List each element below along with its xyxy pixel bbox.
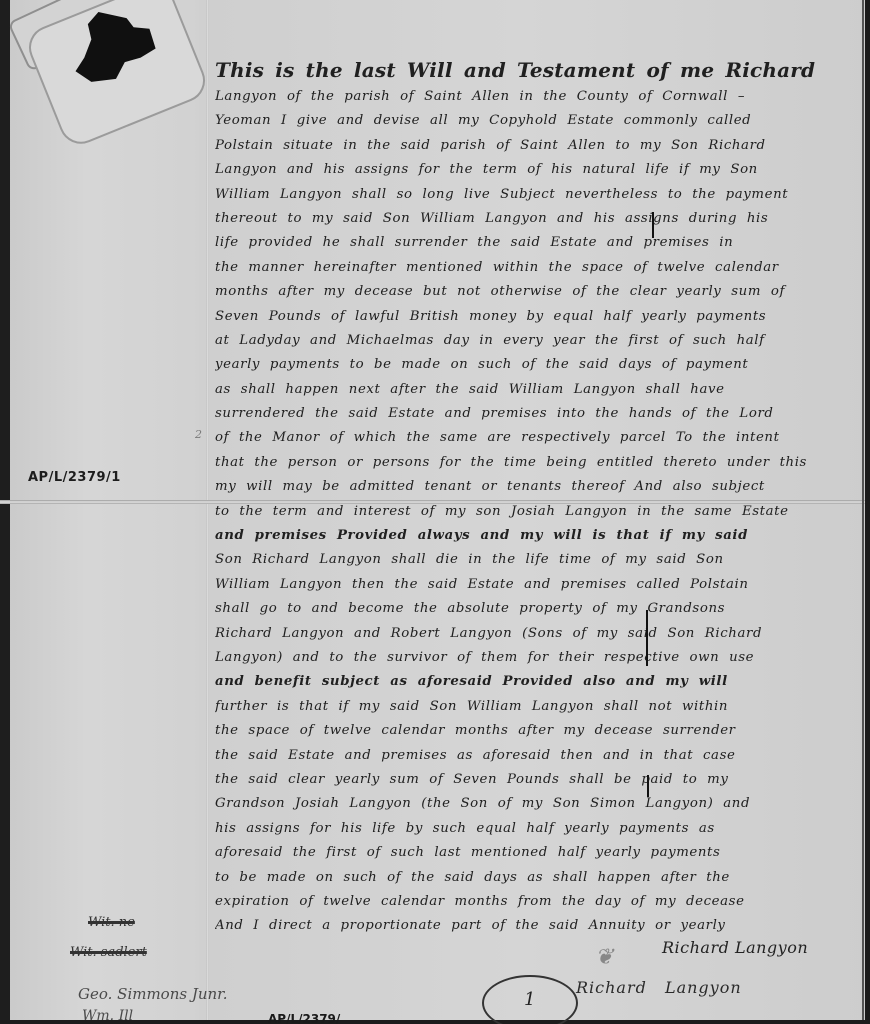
vertical-fold-line — [206, 0, 209, 1024]
witness-1: Geo. Simmons Junr. — [78, 985, 227, 1003]
testator-signature: Richard Langyon — [662, 938, 808, 957]
will-line: William Langyon shall so long live Subje… — [215, 183, 860, 207]
ink-stroke-mark — [646, 610, 648, 666]
will-line: surrendered the said Estate and premises… — [215, 402, 860, 426]
will-line: William Langyon then the said Estate and… — [215, 573, 860, 597]
will-line: months after my decease but not otherwis… — [215, 280, 860, 304]
struck-witness-1: Wit. ne — [88, 915, 135, 930]
will-line: to the term and interest of my son Josia… — [215, 500, 860, 524]
left-scan-border — [0, 0, 10, 1024]
will-line: Richard Langyon and Robert Langyon (Sons… — [215, 622, 860, 646]
will-line: at Ladyday and Michaelmas day in every y… — [215, 329, 860, 353]
will-line: his assigns for his life by such equal h… — [215, 817, 860, 841]
will-line: thereout to my said Son William Langyon … — [215, 207, 860, 231]
will-line: Yeoman I give and devise all my Copyhold… — [215, 109, 860, 133]
will-line: further is that if my said Son William L… — [215, 695, 860, 719]
will-line: Langyon of the parish of Saint Allen in … — [215, 85, 860, 109]
will-line: of the Manor of which the same are respe… — [215, 426, 860, 450]
ink-stroke-mark — [652, 212, 654, 238]
will-line: Langyon and his assigns for the term of … — [215, 158, 860, 182]
margin-number: 2 — [195, 428, 202, 441]
will-line: and premises Provided always and my will… — [215, 524, 860, 548]
will-line: and benefit subject as aforesaid Provide… — [215, 670, 860, 694]
archive-reference-left: AP/L/2379/1 — [28, 470, 121, 485]
right-scan-border — [865, 0, 870, 1024]
will-line: Grandson Josiah Langyon (the Son of my S… — [215, 792, 860, 816]
will-body-text: This is the last Will and Testament of m… — [215, 55, 860, 939]
will-line: shall go to and become the absolute prop… — [215, 597, 860, 621]
second-signature: Richard Langyon — [576, 978, 742, 997]
witness-2: Wm. Ill — [82, 1008, 133, 1024]
seal-mark: 1 — [524, 989, 535, 1010]
will-line: the said Estate and premises as aforesai… — [215, 744, 860, 768]
will-line: the space of twelve calendar months afte… — [215, 719, 860, 743]
seal-circle: 1 — [482, 975, 578, 1024]
will-line: Polstain situate in the said parish of S… — [215, 134, 860, 158]
will-line: Seven Pounds of lawful British money by … — [215, 305, 860, 329]
will-line: my will may be admitted tenant or tenant… — [215, 475, 860, 499]
will-title-line: This is the last Will and Testament of m… — [215, 55, 860, 85]
will-line: aforesaid the first of such last mention… — [215, 841, 860, 865]
struck-witness-2: Wit. sadlert — [70, 945, 147, 960]
right-margin-rule — [862, 0, 864, 1024]
will-line: life provided he shall surrender the sai… — [215, 231, 860, 255]
will-line: yearly payments to be made on such of th… — [215, 353, 860, 377]
will-line: Langyon) and to the survivor of them for… — [215, 646, 860, 670]
scanned-document-page: AP/L/2379/1 2 This is the last Will and … — [0, 0, 870, 1024]
archive-reference-bottom: AP/L/2379/ — [268, 1012, 340, 1024]
will-line: expiration of twelve calendar months fro… — [215, 890, 860, 914]
will-line: the said clear yearly sum of Seven Pound… — [215, 768, 860, 792]
faint-flourish: ❦ — [595, 945, 613, 970]
will-line: Son Richard Langyon shall die in the lif… — [215, 548, 860, 572]
will-line: as shall happen next after the said Will… — [215, 378, 860, 402]
will-line: to be made on such of the said days as s… — [215, 866, 860, 890]
will-line: the manner hereinafter mentioned within … — [215, 256, 860, 280]
will-line: that the person or persons for the time … — [215, 451, 860, 475]
will-line: And I direct a proportionate part of the… — [215, 914, 860, 938]
ink-stroke-mark — [647, 775, 649, 797]
